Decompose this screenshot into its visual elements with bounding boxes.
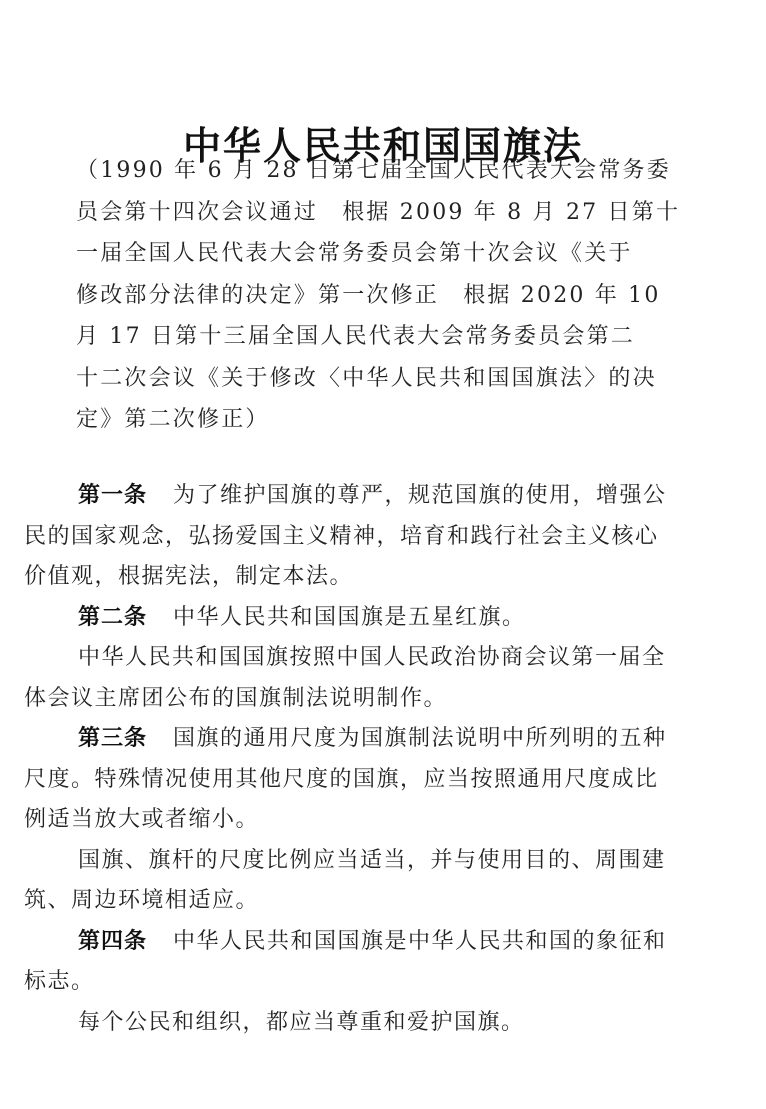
preamble-line: （1990 年 6 月 28 日第七届全国人民代表大会常务委 — [76, 150, 706, 192]
preamble-line: 员会第十四次会议通过 根据 2009 年 8 月 27 日第十 — [76, 192, 706, 234]
article-text: 为了维护国旗的尊严，规范国旗的使用，增强公 — [173, 483, 667, 508]
article-first-line: 第三条国旗的通用尺度为国旗制法说明中所列明的五种 — [24, 719, 746, 760]
legislative-history-note: （1990 年 6 月 28 日第七届全国人民代表大会常务委 员会第十四次会议通… — [76, 150, 706, 441]
article-text: 中华人民共和国国旗是中华人民共和国的象征和 — [173, 929, 667, 954]
article-first-line: 第二条中华人民共和国国旗是五星红旗。 — [24, 598, 746, 639]
article-text-line: 尺度。特殊情况使用其他尺度的国旗，应当按照通用尺度成比 — [24, 760, 746, 801]
preamble-line: 月 17 日第十三届全国人民代表大会常务委员会第二 — [76, 316, 706, 358]
article-text-line: 例适当放大或者缩小。 — [24, 800, 746, 841]
article-4: 第四条中华人民共和国国旗是中华人民共和国的象征和 标志。 每个公民和组织，都应当… — [24, 922, 746, 1044]
article-label: 第二条 — [78, 605, 147, 630]
article-text-line: 国旗、旗杆的尺度比例应当适当，并与使用目的、周围建 — [24, 841, 746, 882]
article-3: 第三条国旗的通用尺度为国旗制法说明中所列明的五种 尺度。特殊情况使用其他尺度的国… — [24, 719, 746, 922]
preamble-line: 十二次会议《关于修改〈中华人民共和国国旗法〉的决 — [76, 358, 706, 400]
article-label: 第三条 — [78, 726, 147, 751]
preamble-line: 一届全国人民代表大会常务委员会第十次会议《关于 — [76, 233, 706, 275]
law-body: 第一条为了维护国旗的尊严，规范国旗的使用，增强公 民的国家观念，弘扬爱国主义精神… — [24, 476, 746, 1043]
article-text-line: 体会议主席团公布的国旗制法说明制作。 — [24, 679, 746, 720]
article-2: 第二条中华人民共和国国旗是五星红旗。 中华人民共和国国旗按照中国人民政治协商会议… — [24, 598, 746, 720]
article-text-line: 每个公民和组织，都应当尊重和爱护国旗。 — [24, 1003, 746, 1044]
preamble-line: 修改部分法律的决定》第一次修正 根据 2020 年 10 — [76, 275, 706, 317]
article-label: 第四条 — [78, 929, 147, 954]
article-first-line: 第一条为了维护国旗的尊严，规范国旗的使用，增强公 — [24, 476, 746, 517]
article-label: 第一条 — [78, 483, 147, 508]
article-text-line: 中华人民共和国国旗按照中国人民政治协商会议第一届全 — [24, 638, 746, 679]
article-text-line: 民的国家观念，弘扬爱国主义精神，培育和践行社会主义核心 — [24, 517, 746, 558]
article-1: 第一条为了维护国旗的尊严，规范国旗的使用，增强公 民的国家观念，弘扬爱国主义精神… — [24, 476, 746, 598]
article-text-line: 价值观，根据宪法，制定本法。 — [24, 557, 746, 598]
article-first-line: 第四条中华人民共和国国旗是中华人民共和国的象征和 — [24, 922, 746, 963]
article-text-line: 标志。 — [24, 962, 746, 1003]
article-text: 中华人民共和国国旗是五星红旗。 — [173, 605, 526, 630]
preamble-line: 定》第二次修正） — [76, 399, 706, 441]
article-text-line: 筑、周边环境相适应。 — [24, 881, 746, 922]
article-text: 国旗的通用尺度为国旗制法说明中所列明的五种 — [173, 726, 667, 751]
